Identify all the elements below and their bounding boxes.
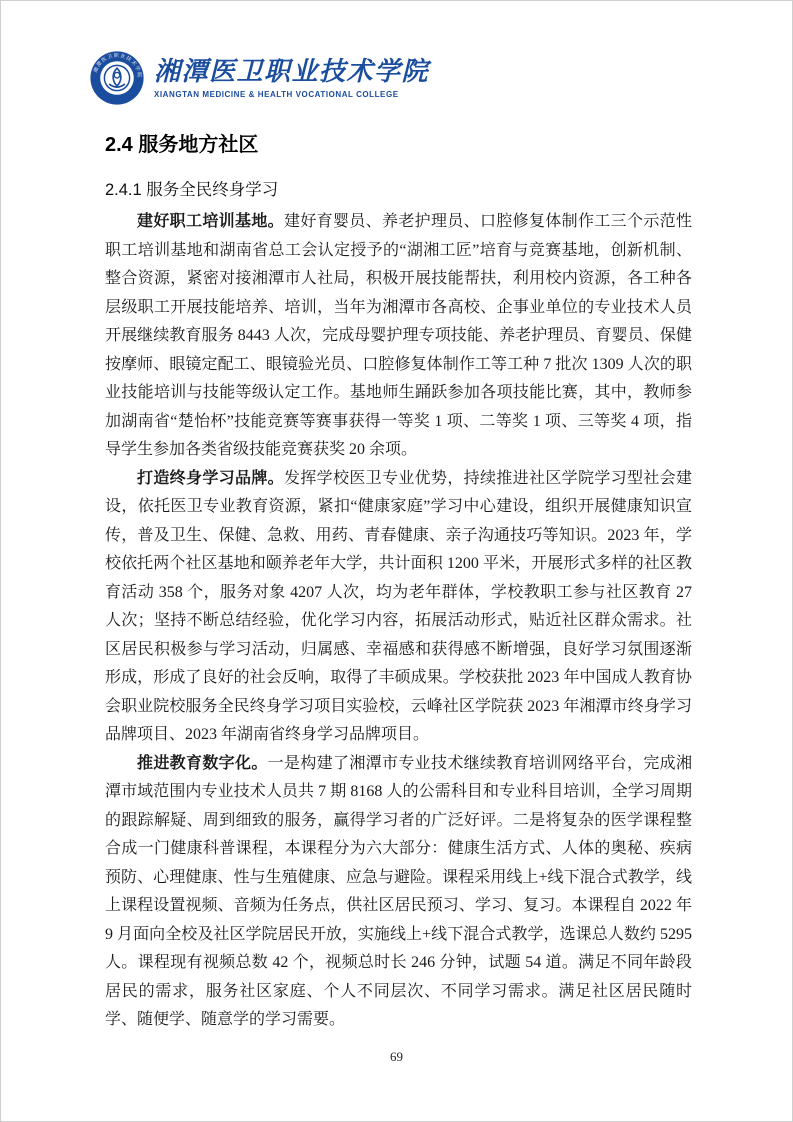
paragraph-body: 一是构建了湘潭市专业技术继续教育培训网络平台，完成湘潭市域范围内专业技术人员共 … xyxy=(105,755,692,1029)
paragraph-lead: 打造终身学习品牌。 xyxy=(137,470,284,487)
college-name-en: XIANGTAN MEDICINE & HEALTH VOCATIONAL CO… xyxy=(154,90,429,99)
paragraph-lead: 建好职工培训基地。 xyxy=(137,213,284,230)
college-header: 湘潭医卫职业技术学院 湘潭医卫职业技术学院 XIANGTAN MEDICINE … xyxy=(89,49,692,107)
body-text: 建好职工培训基地。建好育婴员、养老护理员、口腔修复体制作工三个示范性职工培训基地… xyxy=(105,208,692,1035)
paragraph-staff-training-base: 建好职工培训基地。建好育婴员、养老护理员、口腔修复体制作工三个示范性职工培训基地… xyxy=(105,208,692,465)
paragraph-lifelong-learning-brand: 打造终身学习品牌。发挥学校医卫专业优势，持续推进社区学院学习型社会建设，依托医卫… xyxy=(105,465,692,750)
paragraph-education-digitalization: 推进教育数字化。一是构建了湘潭市专业技术继续教育培训网络平台，完成湘潭市域范围内… xyxy=(105,750,692,1035)
paragraph-body: 建好育婴员、养老护理员、口腔修复体制作工三个示范性职工培训基地和湖南省总工会认定… xyxy=(105,213,692,458)
page-number: 69 xyxy=(1,1049,792,1065)
college-name-block: 湘潭医卫职业技术学院 XIANGTAN MEDICINE & HEALTH VO… xyxy=(154,57,429,99)
document-page: 湘潭医卫职业技术学院 湘潭医卫职业技术学院 XIANGTAN MEDICINE … xyxy=(0,0,793,1122)
paragraph-lead: 推进教育数字化。 xyxy=(137,755,268,772)
college-seal-icon: 湘潭医卫职业技术学院 xyxy=(89,50,145,106)
subsection-heading: 2.4.1 服务全民终身学习 xyxy=(105,179,692,201)
college-name-zh: 湘潭医卫职业技术学院 xyxy=(154,57,429,87)
section-heading: 2.4 服务地方社区 xyxy=(105,133,692,158)
paragraph-body: 发挥学校医卫专业优势，持续推进社区学院学习型社会建设，依托医卫专业教育资源，紧扣… xyxy=(105,470,692,744)
